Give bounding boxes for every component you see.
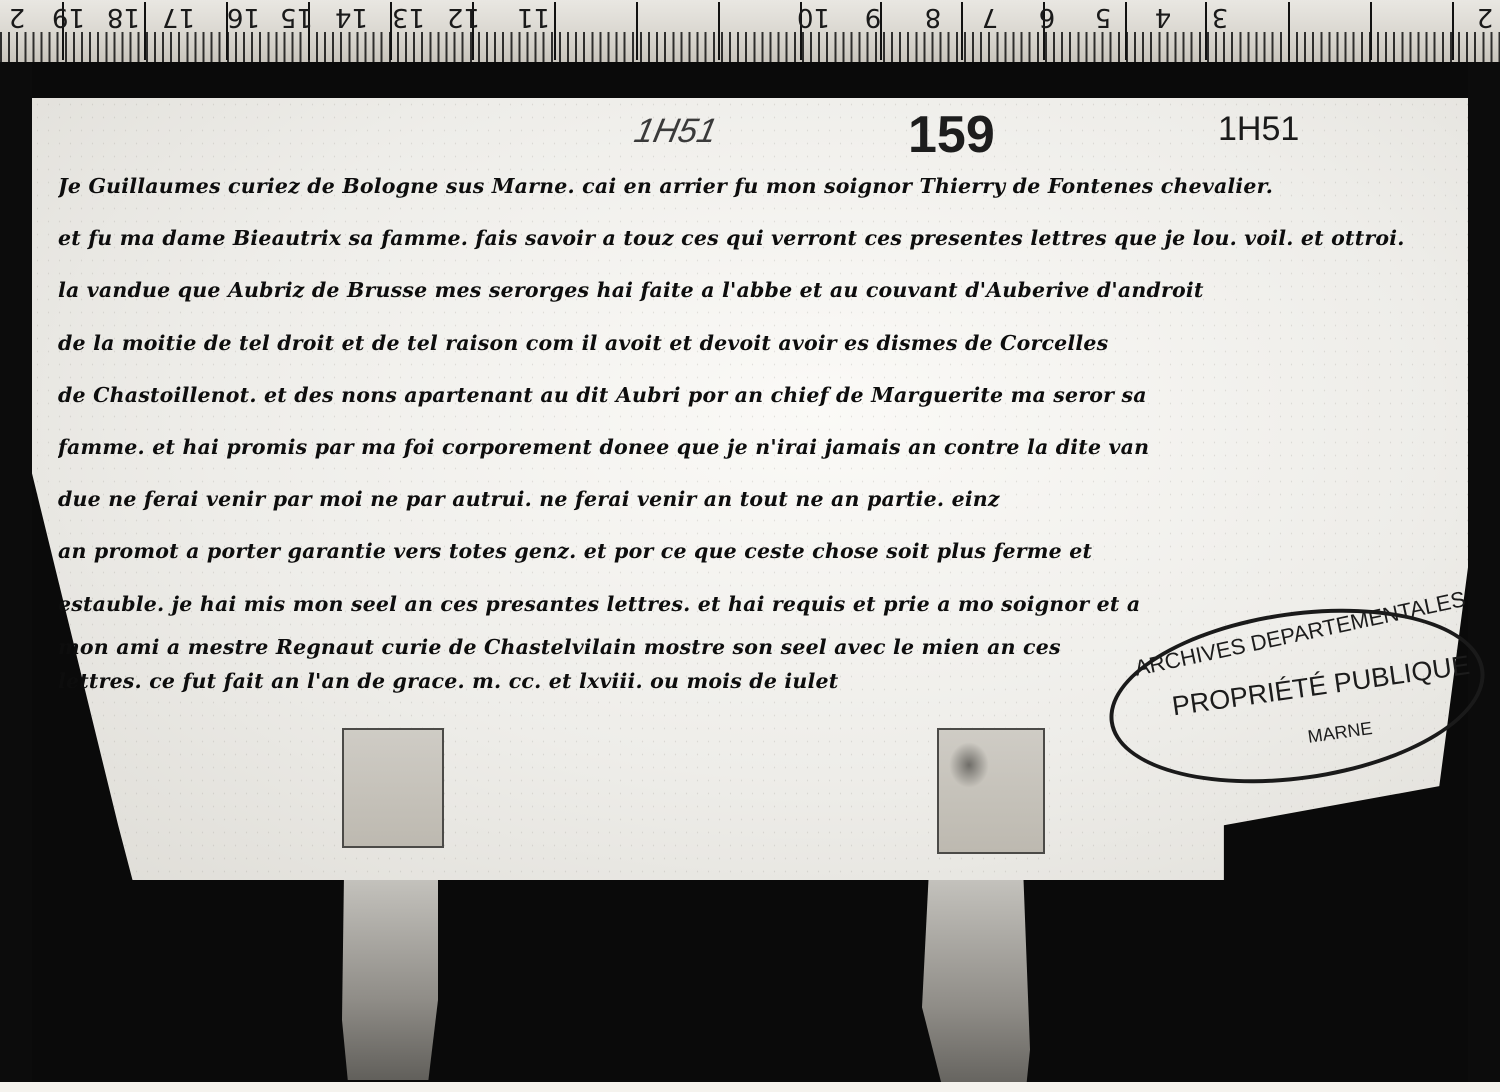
text-line: de la moitie de tel droit et de tel rais… bbox=[58, 317, 1463, 369]
ruler-number: 8 bbox=[918, 2, 948, 32]
text-line: an promot a porter garantie vers totes g… bbox=[58, 525, 1463, 577]
text-line: due ne ferai venir par moi ne par autrui… bbox=[58, 473, 1463, 525]
folio-number: 159 bbox=[908, 105, 995, 165]
ruler-number: 14 bbox=[338, 2, 368, 32]
ruler-major-tick bbox=[961, 2, 963, 60]
ruler-number: 17 bbox=[165, 2, 195, 32]
ruler-major-tick bbox=[718, 2, 720, 60]
ruler-number: 5 bbox=[1088, 2, 1118, 32]
ruler-number: 10 bbox=[800, 2, 830, 32]
ruler-major-tick bbox=[1370, 2, 1372, 60]
ruler-number: 11 bbox=[520, 2, 550, 32]
text-line: de Chastoillenot. et des nons apartenant… bbox=[58, 369, 1463, 421]
photo-mount-right bbox=[1468, 62, 1500, 1092]
ruler-number: 9 bbox=[858, 2, 888, 32]
ruler-major-tick bbox=[144, 2, 146, 60]
ruler-number: 19 bbox=[55, 2, 85, 32]
stamp-bottom-text: MARNE bbox=[1306, 718, 1373, 748]
seal-slit-right bbox=[937, 728, 1045, 854]
ruler-number: 2 bbox=[1470, 2, 1500, 32]
text-line: la vandue que Aubriz de Brusse mes seror… bbox=[58, 264, 1463, 316]
ruler-number: 15 bbox=[283, 2, 313, 32]
text-line: et fu ma dame Bieautrix sa famme. fais s… bbox=[58, 212, 1463, 264]
ruler-major-tick bbox=[636, 2, 638, 60]
ruler-ticks bbox=[0, 32, 1500, 62]
ruler-major-tick bbox=[1452, 2, 1454, 60]
ruler-number: 18 bbox=[110, 2, 140, 32]
pencil-shelfmark: 1H51 bbox=[631, 112, 721, 151]
seal-tag-right bbox=[922, 880, 1030, 1092]
printed-shelfmark: 1H51 bbox=[1218, 110, 1299, 149]
ruler-number: 16 bbox=[230, 2, 260, 32]
ruler-number: 13 bbox=[395, 2, 425, 32]
ruler-number: 3 bbox=[1205, 2, 1235, 32]
text-line: Je Guillaumes curiez de Bologne sus Marn… bbox=[58, 160, 1463, 212]
photo-mount-left bbox=[0, 62, 32, 1092]
photo-border-bottom bbox=[0, 1082, 1500, 1092]
ruler-major-tick bbox=[1125, 2, 1127, 60]
ruler-number: 6 bbox=[1032, 2, 1062, 32]
charter-text: Je Guillaumes curiez de Bologne sus Marn… bbox=[58, 160, 1463, 698]
measuring-ruler: 2 19 18 17 16 15 14 13 12 11 10 9 8 7 6 … bbox=[0, 0, 1500, 62]
ruler-number: 7 bbox=[975, 2, 1005, 32]
ruler-number: 12 bbox=[450, 2, 480, 32]
ruler-major-tick bbox=[554, 2, 556, 60]
ruler-major-tick bbox=[1288, 2, 1290, 60]
seal-tag-left bbox=[342, 880, 438, 1080]
ruler-number: 4 bbox=[1148, 2, 1178, 32]
text-line: famme. et hai promis par ma foi corporem… bbox=[58, 421, 1463, 473]
seal-slit-left bbox=[342, 728, 444, 848]
ruler-number: 2 bbox=[2, 2, 32, 32]
